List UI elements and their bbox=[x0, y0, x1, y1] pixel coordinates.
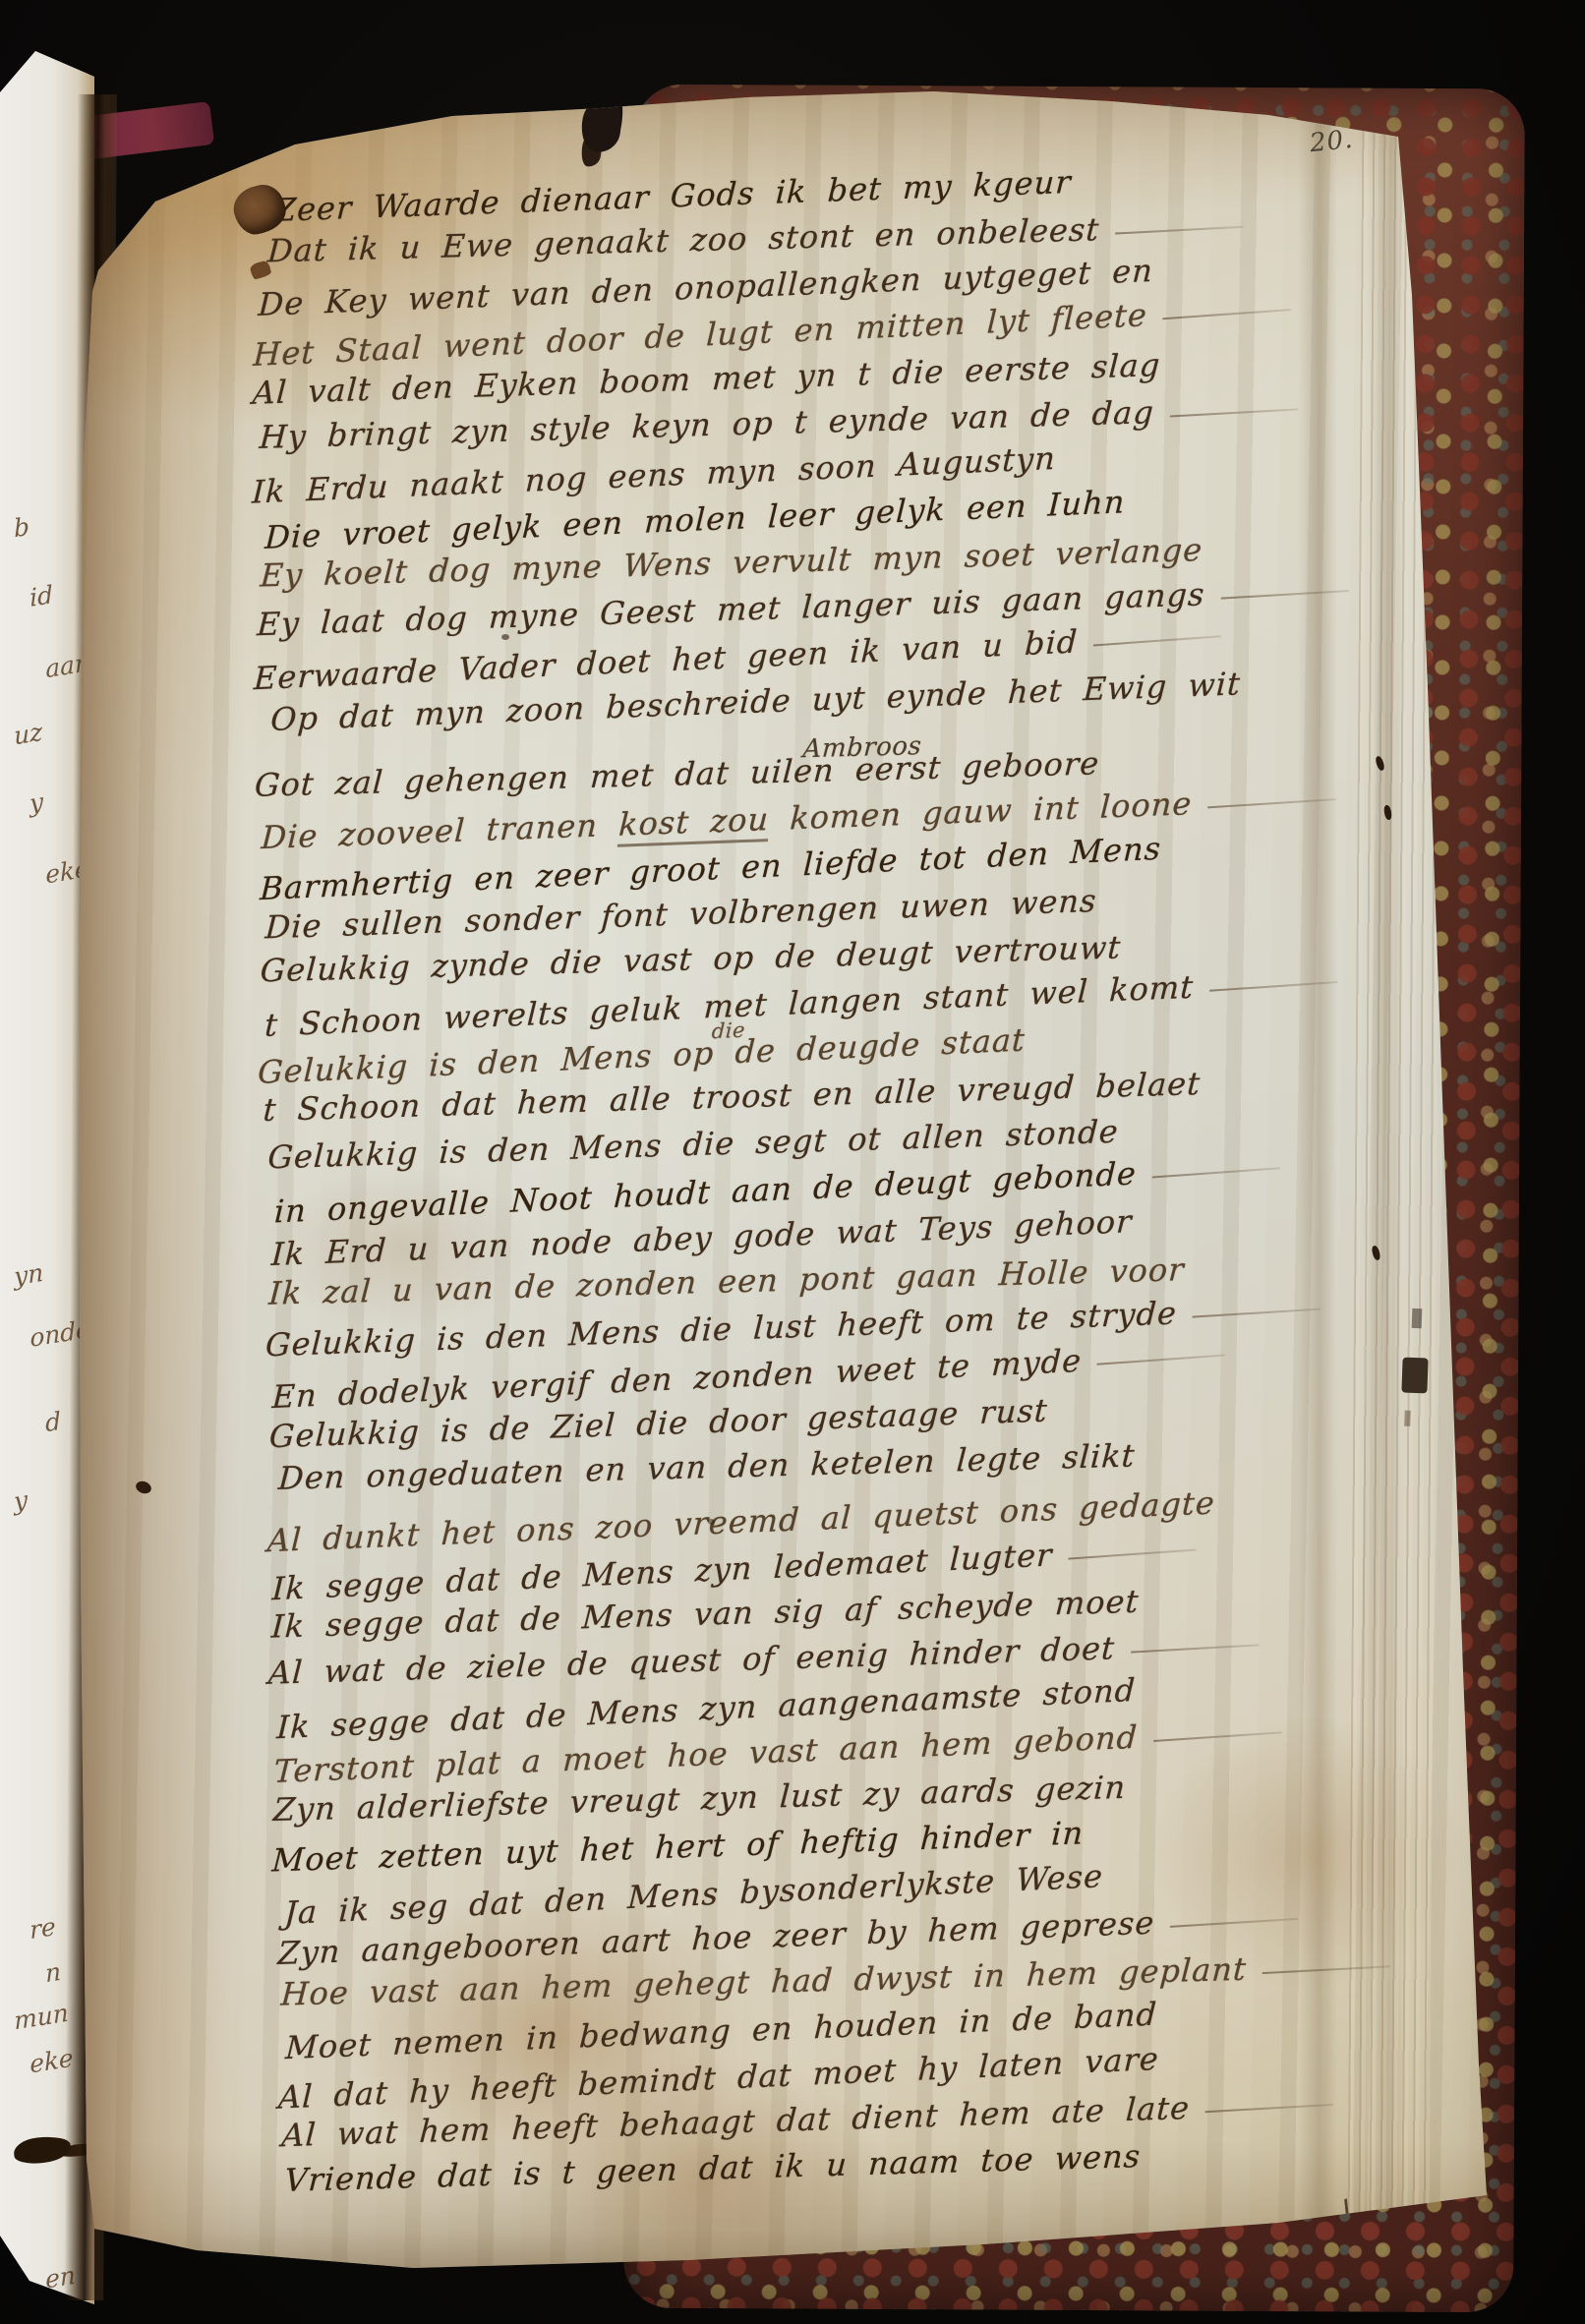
left-page-text-fragment: mun bbox=[14, 1999, 70, 2036]
manuscript-text: Zeer Waarde dienaar Gods ik bet my kgeur… bbox=[237, 156, 1473, 2256]
left-page-text-fragment: b bbox=[13, 512, 29, 544]
left-page-text-fragment: re bbox=[29, 1912, 56, 1945]
manuscript-page: 20. Zeer Waarde dienaar Gods ik bet my k… bbox=[79, 84, 1504, 2297]
left-page-text-fragment: y bbox=[29, 787, 43, 818]
left-page-text-fragment: d bbox=[44, 1407, 61, 1438]
left-page-text-fragment: id bbox=[29, 580, 53, 612]
ink-blot-bottom-left bbox=[13, 2134, 72, 2166]
ink-speck bbox=[501, 634, 509, 640]
ink-blot-top bbox=[578, 92, 626, 155]
ink-speck bbox=[708, 1519, 715, 1525]
left-page-text-fragment: yn bbox=[13, 1258, 43, 1292]
ink-speck bbox=[134, 1480, 152, 1496]
photo-backdrop: bidaamuzyekeynondedyrenmunekeen 20. Zeer… bbox=[0, 0, 1585, 2324]
fore-edge-ink-mark bbox=[1401, 1358, 1428, 1394]
left-page-text-fragment: n bbox=[44, 1957, 61, 1989]
left-page-text-fragment: uz bbox=[13, 718, 42, 751]
left-page-text-fragment: y bbox=[13, 1485, 28, 1516]
superscript-word: die bbox=[711, 1009, 746, 1053]
underlined-phrase: kost zou bbox=[617, 800, 770, 847]
superscript-word: Ambroos bbox=[801, 725, 922, 771]
